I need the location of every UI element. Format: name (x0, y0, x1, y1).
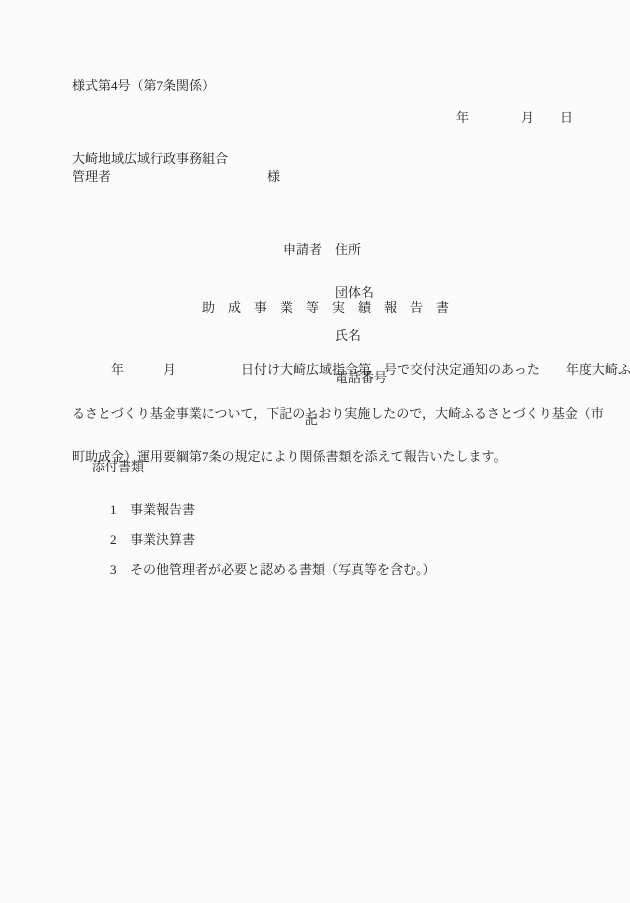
document-title: 助 成 事 業 等 実 績 報 告 書 (202, 301, 449, 314)
ki-marker: 記 (305, 413, 318, 426)
attachment-item-3: 3その他管理者が必要と認める書類（写真等を含む。） (97, 550, 436, 589)
addressee-manager-line: 管理者 様 (72, 170, 280, 183)
attachments-heading: 添付書類 (92, 460, 144, 473)
body-line-2: るさとづくり基金事業について，下記のとおり実施したので，大崎ふるさとづくり基金（… (72, 405, 630, 423)
date-line: 年 月 日 (456, 111, 573, 124)
document-page: 様式第4号（第7条関係） 年 月 日 大崎地域広域行政事務組合 管理者 様 申請… (0, 0, 630, 903)
attachment-item-3-number: 3 (110, 563, 130, 576)
attachment-item-1-number: 1 (110, 503, 130, 516)
body-line-3: 町助成金）運用要綱第7条の規定により関係書類を添えて報告いたします。 (72, 448, 630, 466)
body-line-1: 年 月 日付け大崎広域指令第 号で交付決定通知のあった 年度大崎ふ (72, 361, 630, 379)
applicant-line-address: 申請者 住所 (283, 242, 387, 259)
form-number: 様式第4号（第7条関係） (72, 79, 215, 92)
addressee-organization: 大崎地域広域行政事務組合 (72, 152, 228, 165)
body-paragraph: 年 月 日付け大崎広域指令第 号で交付決定通知のあった 年度大崎ふ るさとづくり… (72, 335, 630, 492)
attachment-item-2-number: 2 (110, 533, 130, 546)
attachment-item-3-text: その他管理者が必要と認める書類（写真等を含む。） (130, 562, 436, 577)
attachment-item-1-text: 事業報告書 (130, 502, 195, 517)
attachment-item-2-text: 事業決算書 (130, 532, 195, 547)
